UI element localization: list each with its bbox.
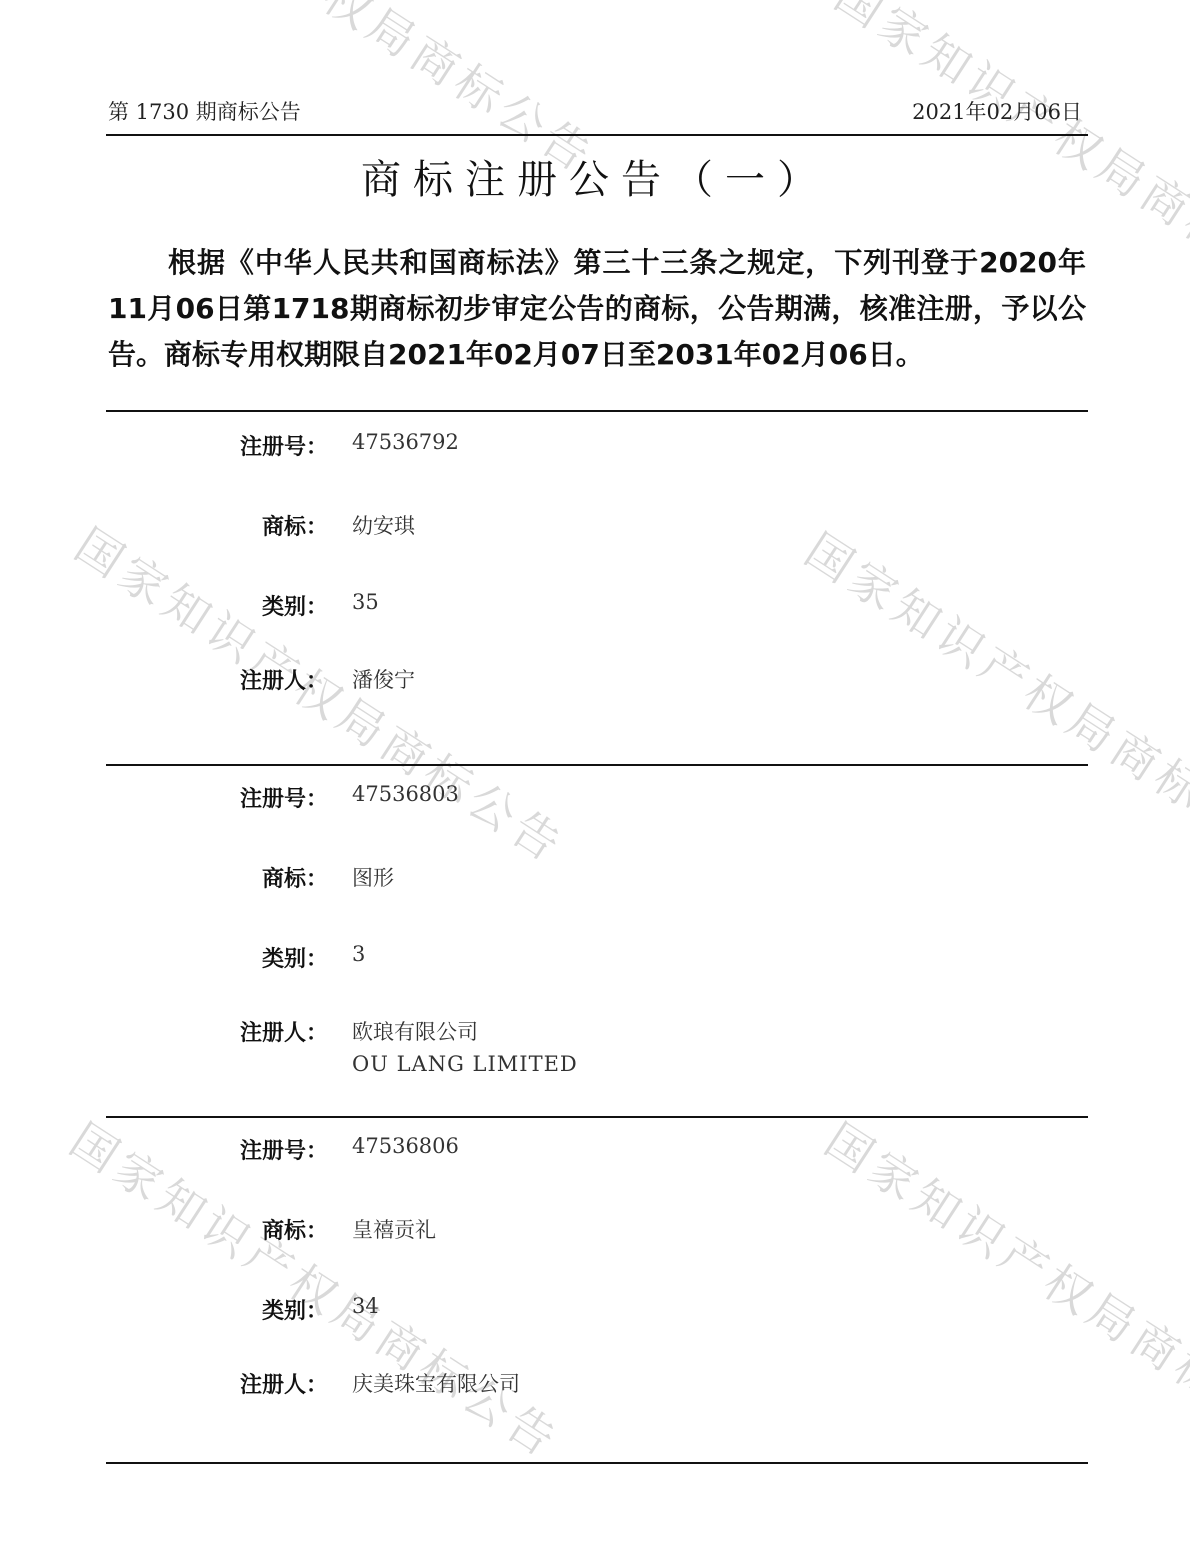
mark-label: 商标： [262, 1214, 328, 1245]
reg-no-label: 注册号： [240, 782, 328, 813]
bottom-divider [106, 1462, 1088, 1464]
registrant-label: 注册人： [240, 1368, 328, 1399]
class-label: 类别： [262, 942, 328, 973]
mark-label: 商标： [262, 862, 328, 893]
watermark: 国家知识产权局商标公告 [794, 515, 1190, 882]
class-value: 3 [352, 942, 365, 966]
mark-value: 幼安琪 [352, 510, 415, 540]
header-divider [106, 134, 1088, 136]
mark-value: 图形 [352, 862, 394, 892]
intro-paragraph: 根据《中华人民共和国商标法》第三十三条之规定，下列刊登于2020年11月06日第… [108, 240, 1086, 378]
registrant-value: 潘俊宁 [352, 664, 415, 694]
class-value: 34 [352, 1294, 379, 1318]
issue-number: 第 1730 期商标公告 [108, 96, 301, 126]
registrant-value: 庆美珠宝有限公司 [352, 1368, 520, 1398]
class-label: 类别： [262, 1294, 328, 1325]
reg-no-value: 47536806 [352, 1134, 459, 1158]
registrant-label: 注册人： [240, 1016, 328, 1047]
reg-no-label: 注册号： [240, 430, 328, 461]
mark-label: 商标： [262, 510, 328, 541]
reg-no-value: 47536803 [352, 782, 459, 806]
entry-divider [106, 410, 1088, 412]
issue-date: 2021年02月06日 [912, 96, 1082, 126]
registrant-english-value: OU LANG LIMITED [352, 1052, 578, 1076]
class-label: 类别： [262, 590, 328, 621]
registrant-value: 欧琅有限公司 [352, 1016, 478, 1046]
page-title: 商标注册公告（一） [0, 148, 1190, 205]
class-value: 35 [352, 590, 379, 614]
entry-divider [106, 764, 1088, 766]
reg-no-value: 47536792 [352, 430, 459, 454]
reg-no-label: 注册号： [240, 1134, 328, 1165]
mark-value: 皇禧贡礼 [352, 1214, 436, 1244]
registrant-label: 注册人： [240, 664, 328, 695]
entry-divider [106, 1116, 1088, 1118]
